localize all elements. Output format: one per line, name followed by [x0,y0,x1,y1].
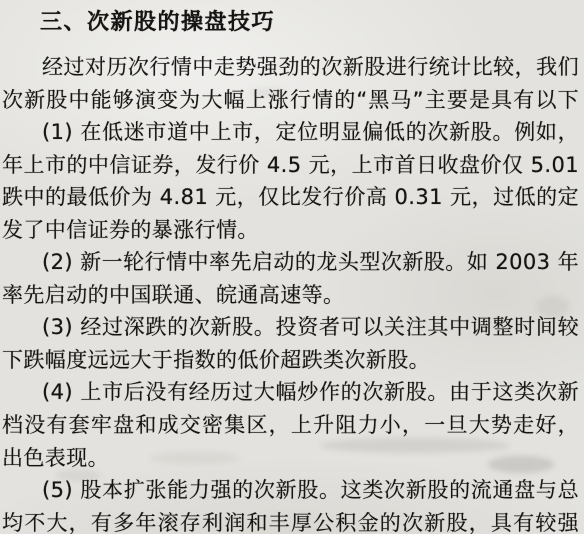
body-line: 年上市的中信证券，发行价 4.5 元，上市首日收盘价仅 5.01 元，下 [0,149,584,182]
body-line: 均不大，有多年滚存利润和丰厚公积金的次新股，具有较强的股本 [0,507,584,534]
body-text: 经过对历次行情中走势强劲的次新股进行统计比较，我们发现， 次新股中能够演变为大幅… [0,51,584,534]
body-line: (5) 股本扩张能力强的次新股。这类次新股的流通盘与总股本 [0,474,584,507]
body-line: 经过对历次行情中走势强劲的次新股进行统计比较，我们发现， [0,51,584,84]
body-line: (3) 经过深跌的次新股。投资者可以关注其中调整时间较长、 [0,311,584,344]
body-line: 档没有套牢盘和成交密集区，上升阻力小，一旦大势走好，容易有 [0,409,584,442]
body-line: (4) 上市后没有经历过大幅炒作的次新股。由于这类次新股上 [0,376,584,409]
body-line: (1) 在低迷市道中上市，定位明显偏低的次新股。例如，2003 [0,116,584,149]
body-line: 出色表现。 [0,442,584,475]
body-line: 发了中信证券的暴涨行情。 [0,214,584,247]
body-line: (2) 新一轮行情中率先启动的龙头型次新股。如 2003 年行情中 [0,246,584,279]
body-line: 跌中的最低价为 4.81 元，仅比发行价高 0.31 元，过低的定位最终引 [0,181,584,214]
scanned-book-page: 三、次新股的操盘技巧 经过对历次行情中走势强劲的次新股进行统计比较，我们发现， … [0,0,584,534]
section-title: 三、次新股的操盘技巧 [40,10,584,36]
body-line: 下跌幅度远远大于指数的低价超跌类次新股。 [0,344,584,377]
body-line: 次新股中能够演变为大幅上涨行情的“黑马”主要是具有以下特征： [0,84,584,117]
body-line: 率先启动的中国联通、皖通高速等。 [0,279,584,312]
